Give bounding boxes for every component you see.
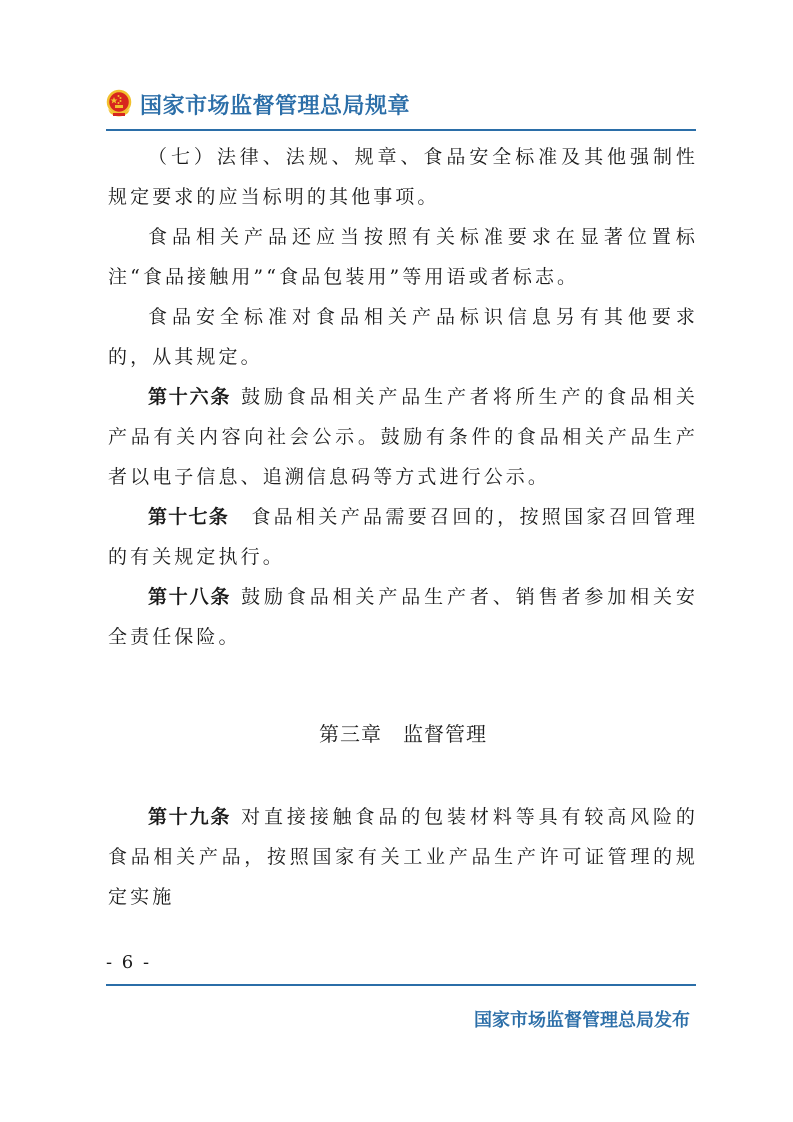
article-19: 第十九条 对直接接触食品的包装材料等具有较高风险的食品相关产品，按照国家有关工业…: [108, 797, 698, 917]
document-body-continued: 第十九条 对直接接触食品的包装材料等具有较高风险的食品相关产品，按照国家有关工业…: [108, 797, 698, 917]
article-number: 第十九条: [148, 806, 231, 828]
paragraph-label-requirement: 食品相关产品还应当按照有关标准要求在显著位置标注“食品接触用”“食品包装用”等用…: [108, 217, 698, 297]
footer-divider: [106, 984, 696, 986]
national-emblem-icon: [104, 89, 134, 119]
article-number: 第十八条: [148, 586, 231, 608]
article-18: 第十八条 鼓励食品相关产品生产者、销售者参加相关安全责任保险。: [108, 577, 698, 657]
article-17: 第十七条 食品相关产品需要召回的，按照国家召回管理的有关规定执行。: [108, 497, 698, 577]
page-number: - 6 -: [106, 952, 151, 973]
paragraph-standard-requirement: 食品安全标准对食品相关产品标识信息另有其他要求的，从其规定。: [108, 297, 698, 377]
article-number: 第十六条: [148, 386, 231, 408]
footer-publisher: 国家市场监督管理总局发布: [400, 1006, 690, 1032]
paragraph-text: 食品安全标准对食品相关产品标识信息另有其他要求的，从其规定。: [108, 306, 698, 368]
header-divider: [106, 129, 696, 131]
paragraph-text: 食品相关产品还应当按照有关标准要求在显著位置标注“食品接触用”“食品包装用”等用…: [108, 226, 698, 288]
paragraph-item-7: （七）法律、法规、规章、食品安全标准及其他强制性规定要求的应当标明的其他事项。: [108, 137, 698, 217]
header-title: 国家市场监督管理总局规章: [140, 89, 410, 120]
article-number: 第十七条: [148, 506, 229, 528]
paragraph-text: （七）法律、法规、规章、食品安全标准及其他强制性规定要求的应当标明的其他事项。: [108, 146, 698, 208]
document-header: 国家市场监督管理总局规章: [104, 86, 410, 122]
article-16: 第十六条 鼓励食品相关产品生产者将所生产的食品相关产品有关内容向社会公示。鼓励有…: [108, 377, 698, 497]
chapter-heading: 第三章 监督管理: [108, 714, 698, 754]
document-body: （七）法律、法规、规章、食品安全标准及其他强制性规定要求的应当标明的其他事项。 …: [108, 137, 698, 657]
